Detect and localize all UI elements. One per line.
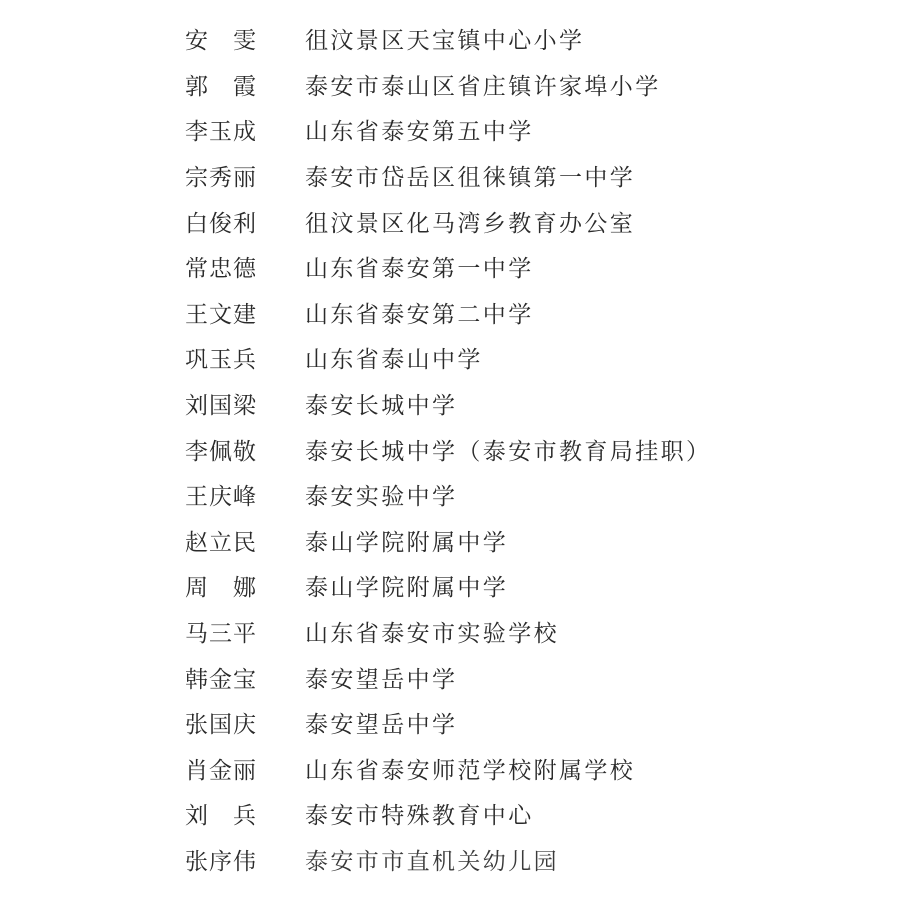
person-name: 韩金宝 [185, 661, 257, 694]
list-item: 李佩敬 泰安长城中学（泰安市教育局挂职） [0, 426, 900, 472]
person-name: 张国庆 [185, 706, 257, 739]
list-item: 肖金丽 山东省泰安师范学校附属学校 [0, 746, 900, 792]
list-item: 巩玉兵 山东省泰山中学 [0, 335, 900, 381]
person-name: 马三平 [185, 615, 257, 648]
school-name: 泰安市市直机关幼儿园 [305, 843, 559, 876]
list-item: 常忠德 山东省泰安第一中学 [0, 244, 900, 290]
person-name: 李玉成 [185, 113, 257, 146]
school-name: 山东省泰安师范学校附属学校 [305, 752, 635, 785]
list-item: 王庆峰 泰安实验中学 [0, 472, 900, 518]
list-item: 马三平 山东省泰安市实验学校 [0, 609, 900, 655]
person-name: 赵立民 [185, 524, 257, 557]
school-name: 泰安望岳中学 [305, 661, 457, 694]
person-name: 张序伟 [185, 843, 257, 876]
list-item: 刘兵 泰安市特殊教育中心 [0, 791, 900, 837]
list-item: 张序伟 泰安市市直机关幼儿园 [0, 837, 900, 883]
school-name: 山东省泰安第一中学 [305, 250, 534, 283]
list-item: 赵立民 泰山学院附属中学 [0, 518, 900, 564]
school-name: 泰安实验中学 [305, 478, 457, 511]
person-name: 周娜 [185, 569, 257, 602]
school-name: 泰山学院附属中学 [305, 569, 508, 602]
school-name: 山东省泰安第五中学 [305, 113, 534, 146]
list-item: 安雯 徂汶景区天宝镇中心小学 [0, 16, 900, 62]
list-item: 刘国梁 泰安长城中学 [0, 381, 900, 427]
list-item: 李玉成 山东省泰安第五中学 [0, 107, 900, 153]
person-name: 安雯 [185, 22, 257, 55]
school-name: 泰安望岳中学 [305, 706, 457, 739]
name-list: 安雯 徂汶景区天宝镇中心小学 郭霞 泰安市泰山区省庄镇许家埠小学 李玉成 山东省… [0, 16, 900, 882]
list-item: 周娜 泰山学院附属中学 [0, 563, 900, 609]
person-name: 巩玉兵 [185, 341, 257, 374]
person-name: 宗秀丽 [185, 159, 257, 192]
person-name: 白俊利 [185, 205, 257, 238]
person-name: 刘国梁 [185, 387, 257, 420]
school-name: 泰安长城中学 [305, 387, 457, 420]
school-name: 山东省泰山中学 [305, 341, 483, 374]
person-name: 王庆峰 [185, 478, 257, 511]
list-item: 郭霞 泰安市泰山区省庄镇许家埠小学 [0, 62, 900, 108]
list-item: 王文建 山东省泰安第二中学 [0, 290, 900, 336]
person-name: 郭霞 [185, 68, 257, 101]
person-name: 常忠德 [185, 250, 257, 283]
school-name: 山东省泰安第二中学 [305, 296, 534, 329]
school-name: 泰安长城中学（泰安市教育局挂职） [305, 433, 711, 466]
school-name: 泰安市泰山区省庄镇许家埠小学 [305, 68, 661, 101]
school-name: 泰安市岱岳区徂徕镇第一中学 [305, 159, 635, 192]
school-name: 徂汶景区化马湾乡教育办公室 [305, 205, 635, 238]
person-name: 肖金丽 [185, 752, 257, 785]
school-name: 山东省泰安市实验学校 [305, 615, 559, 648]
school-name: 徂汶景区天宝镇中心小学 [305, 22, 584, 55]
list-item: 韩金宝 泰安望岳中学 [0, 654, 900, 700]
list-item: 白俊利 徂汶景区化马湾乡教育办公室 [0, 198, 900, 244]
list-item: 张国庆 泰安望岳中学 [0, 700, 900, 746]
person-name: 王文建 [185, 296, 257, 329]
person-name: 刘兵 [185, 797, 257, 830]
list-item: 宗秀丽 泰安市岱岳区徂徕镇第一中学 [0, 153, 900, 199]
school-name: 泰安市特殊教育中心 [305, 797, 534, 830]
person-name: 李佩敬 [185, 433, 257, 466]
school-name: 泰山学院附属中学 [305, 524, 508, 557]
